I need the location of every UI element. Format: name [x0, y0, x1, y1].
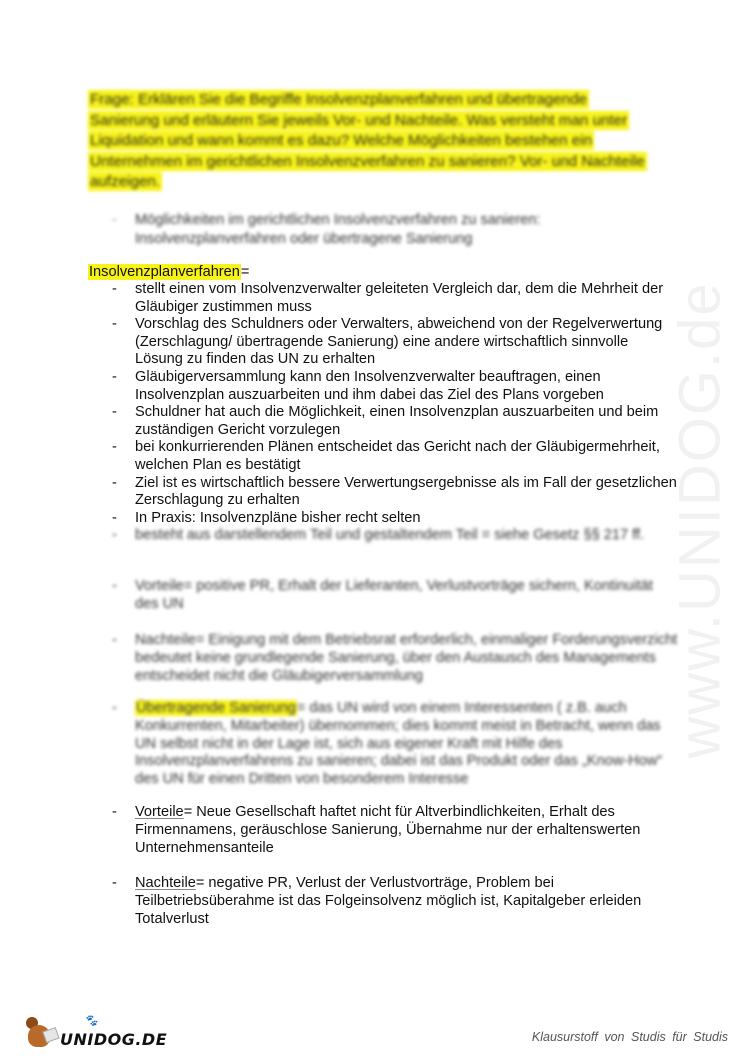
- term-insolvenzplanverfahren: Insolvenzplanverfahren: [88, 264, 241, 280]
- nachteile-item: Nachteile= negative PR, Verlust der Verl…: [88, 875, 688, 928]
- vorteile-text: = Neue Gesellschaft haftet nicht für Alt…: [135, 804, 640, 856]
- vorteile-item: Vorteile= positive PR, Erhalt der Liefer…: [88, 578, 678, 614]
- intro-item: Möglichkeiten im gerichtlichen Insolvenz…: [88, 211, 668, 248]
- insolvenzplan-list: stellt einen vom Insolvenzverwalter gele…: [88, 281, 678, 545]
- list-item-blurred: besteht aus darstellendem Teil und gesta…: [88, 527, 678, 545]
- term-uebertragende-sanierung: Übertragende Sanierung: [135, 700, 297, 716]
- insolvenzplan-nachteile: Nachteile= Einigung mit dem Betriebsrat …: [88, 632, 678, 685]
- vorteile-item: Vorteile= Neue Gesellschaft haftet nicht…: [88, 804, 688, 857]
- question-text: Frage: Erklären Sie die Begriffe Insolve…: [88, 90, 647, 191]
- insolvenzplan-vorteile: Vorteile= positive PR, Erhalt der Liefer…: [88, 578, 678, 614]
- unidog-logo[interactable]: 🐾 UNIDOG.DE: [22, 1015, 167, 1049]
- list-item: bei konkurrierenden Plänen entscheidet d…: [88, 439, 678, 474]
- uebertragende-pros-cons: Vorteile= Neue Gesellschaft haftet nicht…: [88, 804, 688, 946]
- dog-mascot-icon: [22, 1015, 54, 1049]
- list-item: Gläubigerversammlung kann den Insolvenzv…: [88, 369, 678, 404]
- term-suffix: =: [241, 264, 250, 280]
- list-item: Ziel ist es wirtschaftlich bessere Verwe…: [88, 475, 678, 510]
- list-item: Schuldner hat auch die Möglichkeit, eine…: [88, 404, 678, 439]
- footer-tagline: Klausurstoff von Studis für Studis: [532, 1030, 728, 1044]
- nachteile-text: = negative PR, Verlust der Verlustvorträ…: [135, 875, 641, 927]
- list-item: In Praxis: Insolvenzpläne bisher recht s…: [88, 510, 678, 528]
- intro-list: Möglichkeiten im gerichtlichen Insolvenz…: [88, 211, 668, 248]
- question-block: Frage: Erklären Sie die Begriffe Insolve…: [88, 90, 648, 193]
- vorteile-label: Vorteile: [135, 804, 184, 820]
- uebertragende-item: Übertragende Sanierung= das UN wird von …: [88, 700, 678, 789]
- list-item: stellt einen vom Insolvenzverwalter gele…: [88, 281, 678, 316]
- section-heading-insolvenzplan: Insolvenzplanverfahren=: [88, 263, 249, 281]
- list-item: Vorschlag des Schuldners oder Verwalters…: [88, 316, 678, 369]
- paw-icon: 🐾: [84, 1014, 98, 1027]
- document-page: www.UNIDOG.de Frage: Erklären Sie die Be…: [0, 0, 750, 1060]
- nachteile-item: Nachteile= Einigung mit dem Betriebsrat …: [88, 632, 678, 685]
- logo-text: UNIDOG.DE: [60, 1030, 167, 1049]
- uebertragende-sanierung: Übertragende Sanierung= das UN wird von …: [88, 700, 678, 789]
- nachteile-label: Nachteile: [135, 875, 196, 891]
- logo-wordmark: 🐾 UNIDOG.DE: [60, 1030, 167, 1049]
